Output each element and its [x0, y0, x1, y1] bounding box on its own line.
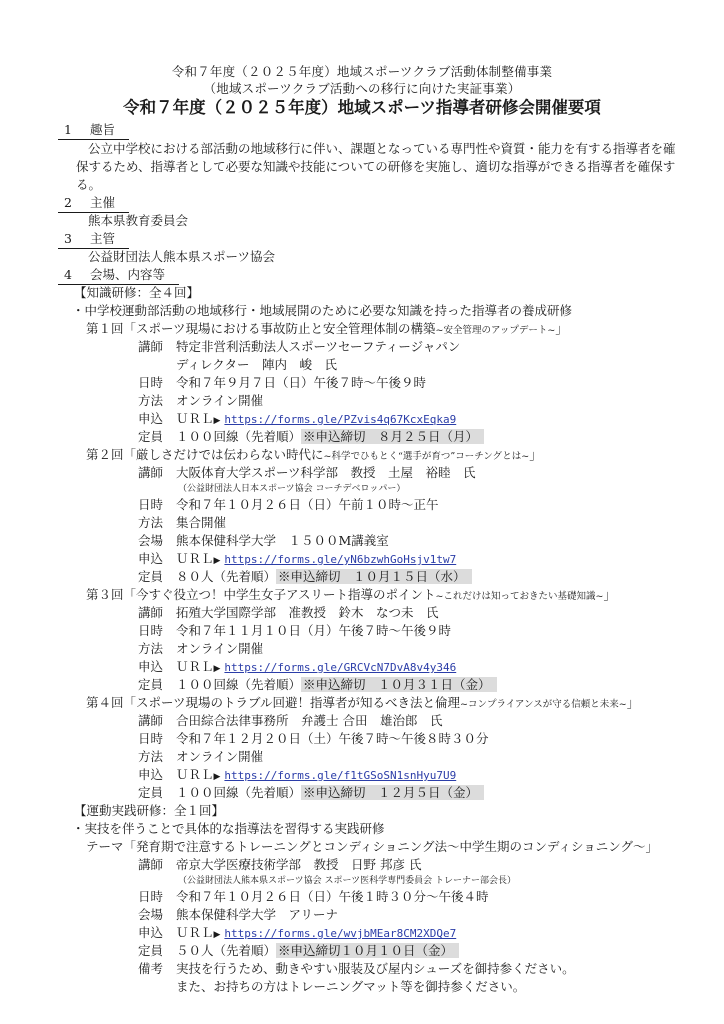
section-title: 主管 [90, 231, 115, 246]
knowledge-purpose: ・中学校運動部活動の地域移行・地域展開のために必要な知識を持った指導者の養成研修 [72, 302, 572, 320]
url-label: ＵＲＬ [176, 767, 214, 782]
session-number: 第２回 [86, 447, 124, 462]
label-datetime: 日時 [138, 730, 176, 748]
deadline-highlight: ※申込締切 １２月５日（金） [301, 785, 484, 800]
arrow-right-icon: ▶ [214, 664, 221, 674]
section-title: 会場、内容等 [90, 267, 165, 282]
session-3-capacity: 定員１００回線（先着順）※申込締切 １０月３１日（金） [138, 676, 497, 694]
label-datetime: 日時 [138, 622, 176, 640]
theme-label: テーマ [86, 839, 124, 854]
apply-link-practice[interactable]: https://forms.gle/wvjbMEar8CM2XDQe7 [224, 927, 456, 940]
theme-value: 「発育期で注意するトレーニングとコンディショニング法～中学生期のコンディショニン… [124, 839, 659, 854]
arrow-right-icon: ▶ [214, 930, 221, 940]
session-1-datetime: 日時令和７年９月７日（日）午後７時～午後９時 [138, 374, 426, 392]
session-title: 「厳しさだけでは伝わらない時代に [124, 447, 324, 462]
label-apply: 申込 [138, 766, 176, 784]
arrow-right-icon: ▶ [214, 772, 221, 782]
method-value: オンライン開催 [176, 749, 263, 764]
section-number: 4 [58, 266, 90, 284]
session-2-datetime: 日時令和７年１０月２６日（日）午前１０時～正午 [138, 496, 439, 514]
method-value: オンライン開催 [176, 641, 263, 656]
session-number: 第１回 [86, 321, 124, 336]
arrow-right-icon: ▶ [214, 416, 221, 426]
label-apply: 申込 [138, 410, 176, 428]
label-apply: 申込 [138, 658, 176, 676]
session-4-method: 方法オンライン開催 [138, 748, 263, 766]
apply-link-session-3[interactable]: https://forms.gle/GRCVcN7DvA8v4y346 [224, 661, 456, 674]
datetime-value: 令和７年９月７日（日）午後７時～午後９時 [176, 375, 426, 390]
datetime-value: 令和７年１２月２０日（土）午後７時～午後８時３０分 [176, 731, 489, 746]
section-number: 3 [58, 230, 90, 248]
label-venue: 会場 [138, 532, 176, 550]
purpose-text-3: る。 [76, 176, 101, 194]
bracket-close: 」 [603, 587, 616, 602]
lecturer-value: 合田綜合法律事務所 弁護士 合田 雄治郎 氏 [176, 713, 442, 728]
datetime-value: 令和７年１１月１０日（月）午後７時～午後９時 [176, 623, 451, 638]
capacity-value: ５０人（先着順） [176, 943, 276, 958]
apply-link-session-2[interactable]: https://forms.gle/yN6bzwhGoHsjv1tw7 [224, 553, 456, 566]
deadline-highlight: ※申込締切 １０月３１日（金） [301, 677, 497, 692]
session-2-title: 第２回「厳しさだけでは伝わらない時代に~科学でひもとく“選手が育つ”コーチングと… [86, 446, 542, 466]
label-apply: 申込 [138, 550, 176, 568]
method-value: オンライン開催 [176, 393, 263, 408]
arrow-right-icon: ▶ [214, 556, 221, 566]
session-number: 第３回 [86, 587, 124, 602]
purpose-text-1: 公立中学校における部活動の地域移行に伴い、課題となっている専門性や資質・能力を有… [88, 140, 676, 158]
session-2-venue: 会場熊本保健科学大学 １５００M講義室 [138, 532, 389, 550]
document-page: 令和７年度（２０２５年度）地域スポーツクラブ活動体制整備事業 （地域スポーツクラ… [0, 0, 724, 1024]
session-title: 「スポーツ現場のトラブル回避！指導者が知るべき法と倫理 [124, 695, 461, 710]
lecturer-value: 大阪体育大学スポーツ科学部 教授 土屋 裕睦 氏 [176, 465, 476, 480]
session-title: 「今すぐ役立つ！中学生女子アスリート指導のポイント [124, 587, 436, 602]
label-capacity: 定員 [138, 676, 176, 694]
label-lecturer: 講師 [138, 856, 176, 874]
label-venue: 会場 [138, 906, 176, 924]
note-value: 実技を行うため、動きやすい服装及び屋内シューズを御持参ください。 [176, 961, 575, 976]
deadline-highlight: ※申込締切 １０月１５日（水） [276, 569, 472, 584]
venue-value: 熊本保健科学大学 １５００M講義室 [176, 533, 389, 548]
session-title: 「スポーツ現場における事故防止と安全管理体制の構築 [124, 321, 436, 336]
session-3-apply: 申込ＵＲＬ▶ https://forms.gle/GRCVcN7DvA8v4y3… [138, 658, 456, 678]
session-1-apply: 申込ＵＲＬ▶ https://forms.gle/PZvis4q67KcxEqk… [138, 410, 456, 430]
label-datetime: 日時 [138, 374, 176, 392]
section-1-heading: 1趣旨 [58, 121, 129, 140]
practice-note-2: また、お持ちの方はトレーニングマット等を御持参ください。 [176, 978, 525, 996]
section-4-heading: 4会場、内容等 [58, 266, 179, 285]
practice-heading: 【運動実践研修：全１回】 [74, 802, 224, 820]
label-method: 方法 [138, 748, 176, 766]
practice-purpose: ・実技を伴うことで具体的な指導法を習得する実践研修 [72, 820, 385, 838]
capacity-value: １００回線（先着順） [176, 677, 301, 692]
session-2-method: 方法集合開催 [138, 514, 226, 532]
session-subtitle: ~科学でひもとく“選手が育つ”コーチングとは~ [324, 451, 530, 462]
session-2-apply: 申込ＵＲＬ▶ https://forms.gle/yN6bzwhGoHsjv1t… [138, 550, 456, 570]
apply-link-session-4[interactable]: https://forms.gle/f1tGSoSN1snHyu7U9 [224, 769, 456, 782]
session-3-lecturer: 講師拓殖大学国際学部 准教授 鈴木 なつ未 氏 [138, 604, 439, 622]
section-3-heading: 3主管 [58, 230, 129, 249]
session-1-method: 方法オンライン開催 [138, 392, 263, 410]
session-1-lecturer: 講師特定非営利活動法人スポーツセーフティージャパン [138, 338, 460, 356]
subtitle-2: （地域スポーツクラブ活動への移行に向けた実証事業） [0, 81, 724, 97]
datetime-value: 令和７年１０月２６日（日）午前１０時～正午 [176, 497, 439, 512]
practice-datetime: 日時令和７年１０月２６日（日）午後１時３０分～午後４時 [138, 888, 489, 906]
url-label: ＵＲＬ [176, 411, 214, 426]
purpose-text-2: 保するため、指導者として必要な知識や技能についての研修を実施し、適切な指導ができ… [76, 158, 675, 176]
practice-theme: テーマ「発育期で注意するトレーニングとコンディショニング法～中学生期のコンディシ… [86, 838, 658, 856]
label-method: 方法 [138, 640, 176, 658]
knowledge-heading: 【知識研修：全４回】 [74, 284, 199, 302]
lecturer-org: 特定非営利活動法人スポーツセーフティージャパン [176, 339, 460, 354]
capacity-value: ８０人（先着順） [176, 569, 276, 584]
label-note: 備考 [138, 960, 176, 978]
deadline-highlight: ※申込締切 ８月２５日（月） [301, 429, 484, 444]
label-method: 方法 [138, 514, 176, 532]
lecturer-value: 拓殖大学国際学部 准教授 鈴木 なつ未 氏 [176, 605, 439, 620]
session-1-lecturer-name: ディレクター 陣内 峻 氏 [176, 356, 337, 374]
session-1-capacity: 定員１００回線（先着順）※申込締切 ８月２５日（月） [138, 428, 484, 446]
url-label: ＵＲＬ [176, 659, 214, 674]
section-title: 主催 [90, 195, 115, 210]
session-3-method: 方法オンライン開催 [138, 640, 263, 658]
method-value: 集合開催 [176, 515, 226, 530]
label-apply: 申込 [138, 924, 176, 942]
capacity-value: １００回線（先着順） [176, 429, 301, 444]
label-datetime: 日時 [138, 888, 176, 906]
session-4-lecturer: 講師合田綜合法律事務所 弁護士 合田 雄治郎 氏 [138, 712, 442, 730]
practice-capacity: 定員５０人（先着順）※申込締切１０月１０日（金） [138, 942, 459, 960]
label-lecturer: 講師 [138, 338, 176, 356]
label-method: 方法 [138, 392, 176, 410]
session-4-apply: 申込ＵＲＬ▶ https://forms.gle/f1tGSoSN1snHyu7… [138, 766, 456, 786]
bracket-close: 」 [529, 447, 542, 462]
label-datetime: 日時 [138, 496, 176, 514]
session-2-capacity: 定員８０人（先着順）※申込締切 １０月１５日（水） [138, 568, 472, 586]
label-lecturer: 講師 [138, 604, 176, 622]
section-number: 1 [58, 121, 90, 139]
session-subtitle: ~安全管理のアップデート~ [436, 325, 556, 336]
session-subtitle: ~これだけは知っておきたい基礎知識~ [436, 591, 604, 602]
section-number: 2 [58, 194, 90, 212]
label-capacity: 定員 [138, 942, 176, 960]
bracket-close: 」 [627, 695, 640, 710]
session-3-datetime: 日時令和７年１１月１０日（月）午後７時～午後９時 [138, 622, 451, 640]
label-capacity: 定員 [138, 568, 176, 586]
practice-note-1: 備考実技を行うため、動きやすい服装及び屋内シューズを御持参ください。 [138, 960, 575, 978]
manager: 公益財団法人熊本県スポーツ協会 [88, 248, 275, 266]
organizer: 熊本県教育委員会 [88, 212, 188, 230]
bracket-close: 」 [555, 321, 568, 336]
label-capacity: 定員 [138, 428, 176, 446]
session-4-title: 第４回「スポーツ現場のトラブル回避！指導者が知るべき法と倫理~コンプライアンスが… [86, 694, 639, 714]
section-2-heading: 2主催 [58, 194, 129, 213]
session-number: 第４回 [86, 695, 124, 710]
label-capacity: 定員 [138, 784, 176, 802]
url-label: ＵＲＬ [176, 551, 214, 566]
session-3-title: 第３回「今すぐ役立つ！中学生女子アスリート指導のポイント~これだけは知っておきた… [86, 586, 616, 606]
section-title: 趣旨 [90, 122, 115, 137]
venue-value: 熊本保健科学大学 アリーナ [176, 907, 338, 922]
label-lecturer: 講師 [138, 464, 176, 482]
datetime-value: 令和７年１０月２６日（日）午後１時３０分～午後４時 [176, 889, 489, 904]
apply-link-session-1[interactable]: https://forms.gle/PZvis4q67KcxEqka9 [224, 413, 456, 426]
session-1-title: 第１回「スポーツ現場における事故防止と安全管理体制の構築~安全管理のアップデート… [86, 320, 568, 340]
capacity-value: １００回線（先着順） [176, 785, 301, 800]
lecturer-value: 帝京大学医療技術学部 教授 日野 邦彦 氏 [176, 857, 421, 872]
url-label: ＵＲＬ [176, 925, 214, 940]
session-4-capacity: 定員１００回線（先着順）※申込締切 １２月５日（金） [138, 784, 484, 802]
session-subtitle: ~コンプライアンスが守る信頼と未来~ [460, 699, 627, 710]
practice-venue: 会場熊本保健科学大学 アリーナ [138, 906, 338, 924]
session-4-datetime: 日時令和７年１２月２０日（土）午後７時～午後８時３０分 [138, 730, 489, 748]
label-lecturer: 講師 [138, 712, 176, 730]
page-title: 令和７年度（２０２５年度）地域スポーツ指導者研修会開催要項 [0, 98, 724, 118]
deadline-highlight: ※申込締切１０月１０日（金） [276, 943, 459, 958]
subtitle-1: 令和７年度（２０２５年度）地域スポーツクラブ活動体制整備事業 [0, 64, 724, 80]
practice-apply: 申込ＵＲＬ▶ https://forms.gle/wvjbMEar8CM2XDQ… [138, 924, 456, 944]
